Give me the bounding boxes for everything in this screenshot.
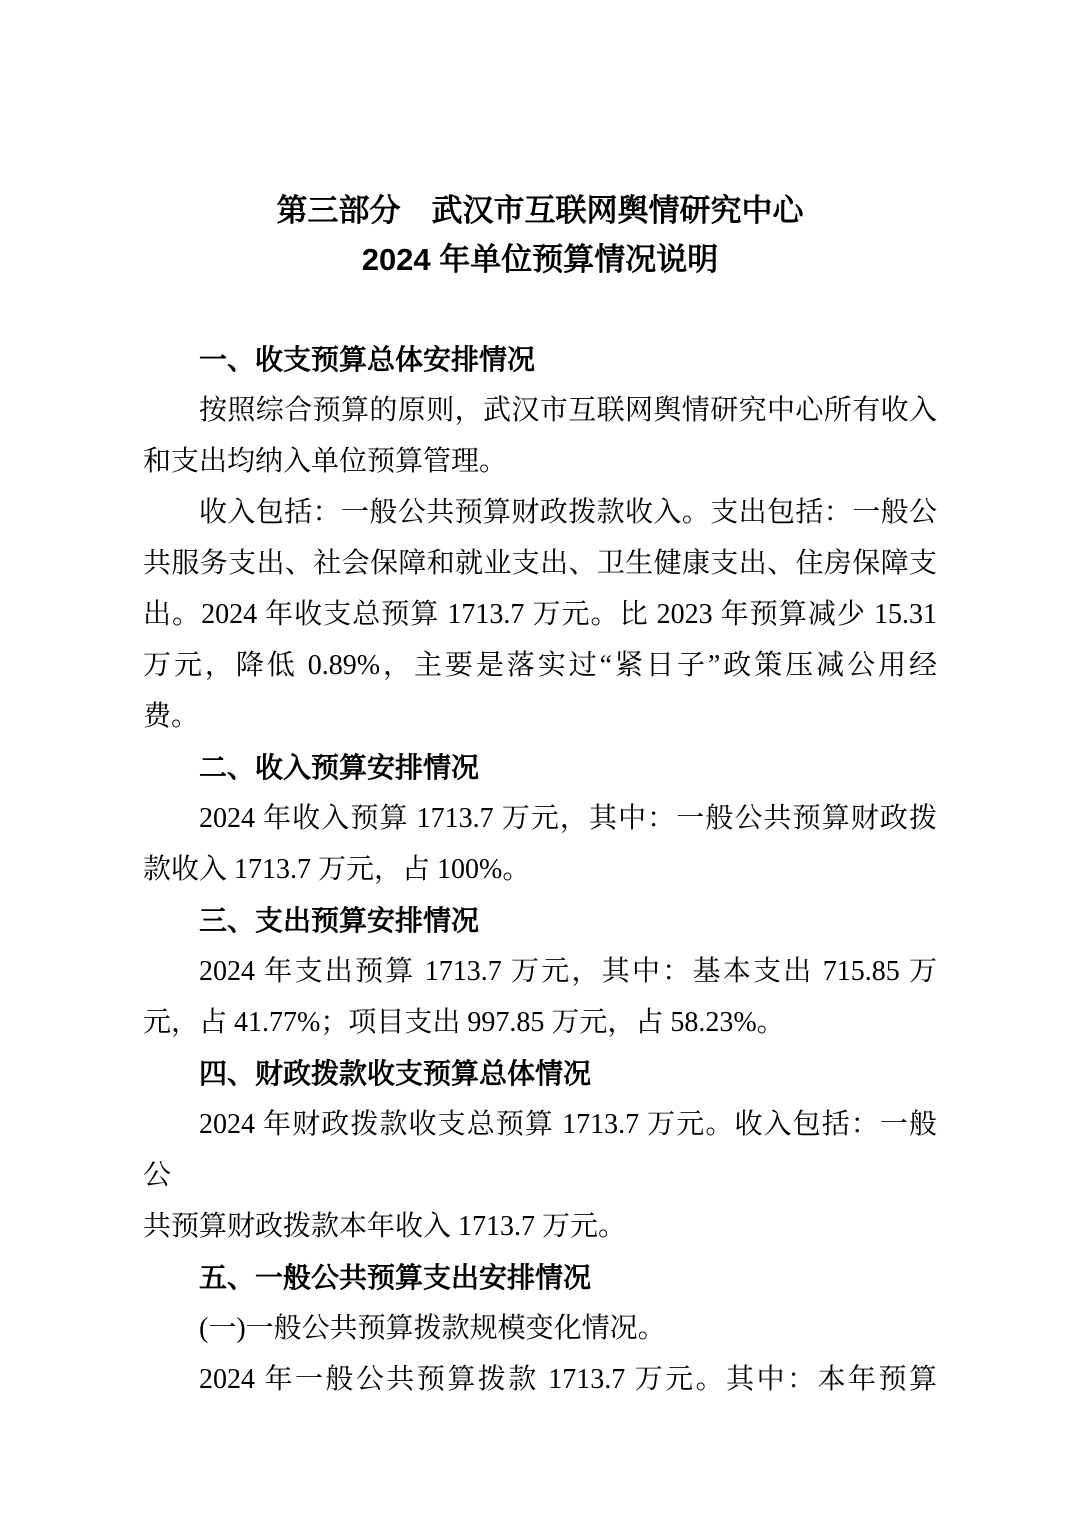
title-part-label: 第三部分 武汉市互联网舆情研究中心 [143, 186, 937, 235]
paragraph-line: 出。2024 年收支总预算 1713.7 万元。比 2023 年预算减少 15.… [143, 589, 937, 640]
paragraph-line: 按照综合预算的原则，武汉市互联网舆情研究中心所有收入 [143, 385, 937, 436]
paragraph-line: 2024 年财政拨款收支总预算 1713.7 万元。收入包括：一般公 [143, 1099, 937, 1201]
paragraph-line: 款收入 1713.7 万元，占 100%。 [143, 844, 937, 895]
paragraph-line: 费。 [143, 691, 937, 742]
document-title: 第三部分 武汉市互联网舆情研究中心 2024 年单位预算情况说明 [143, 186, 937, 284]
section-heading-3: 三、支出预算安排情况 [143, 895, 937, 946]
subsection-label: (一)一般公共预算拨款规模变化情况。 [143, 1303, 937, 1354]
section-heading-5: 五、一般公共预算支出安排情况 [143, 1252, 937, 1303]
paragraph-line: 收入包括：一般公共预算财政拨款收入。支出包括：一般公 [143, 487, 937, 538]
section-heading-2: 二、收入预算安排情况 [143, 742, 937, 793]
section-heading-1: 一、收支预算总体安排情况 [143, 334, 937, 385]
paragraph-line: 和支出均纳入单位预算管理。 [143, 436, 937, 487]
paragraph-line: 2024 年支出预算 1713.7 万元，其中：基本支出 715.85 万 [143, 946, 937, 997]
paragraph-line: 2024 年收入预算 1713.7 万元，其中：一般公共预算财政拨 [143, 793, 937, 844]
paragraph-line: 万元，降低 0.89%，主要是落实过“紧日子”政策压减公用经 [143, 640, 937, 691]
paragraph-line: 2024 年一般公共预算拨款 1713.7 万元。其中：本年预算 [143, 1354, 937, 1405]
title-subtitle: 2024 年单位预算情况说明 [143, 235, 937, 284]
section-heading-4: 四、财政拨款收支预算总体情况 [143, 1048, 937, 1099]
paragraph-line: 元，占 41.77%；项目支出 997.85 万元，占 58.23%。 [143, 997, 937, 1048]
document-page: 第三部分 武汉市互联网舆情研究中心 2024 年单位预算情况说明 一、收支预算总… [0, 0, 1074, 1520]
paragraph-line: 共服务支出、社会保障和就业支出、卫生健康支出、住房保障支 [143, 538, 937, 589]
document-body: 一、收支预算总体安排情况 按照综合预算的原则，武汉市互联网舆情研究中心所有收入 … [143, 334, 937, 1405]
paragraph-line: 共预算财政拨款本年收入 1713.7 万元。 [143, 1201, 937, 1252]
